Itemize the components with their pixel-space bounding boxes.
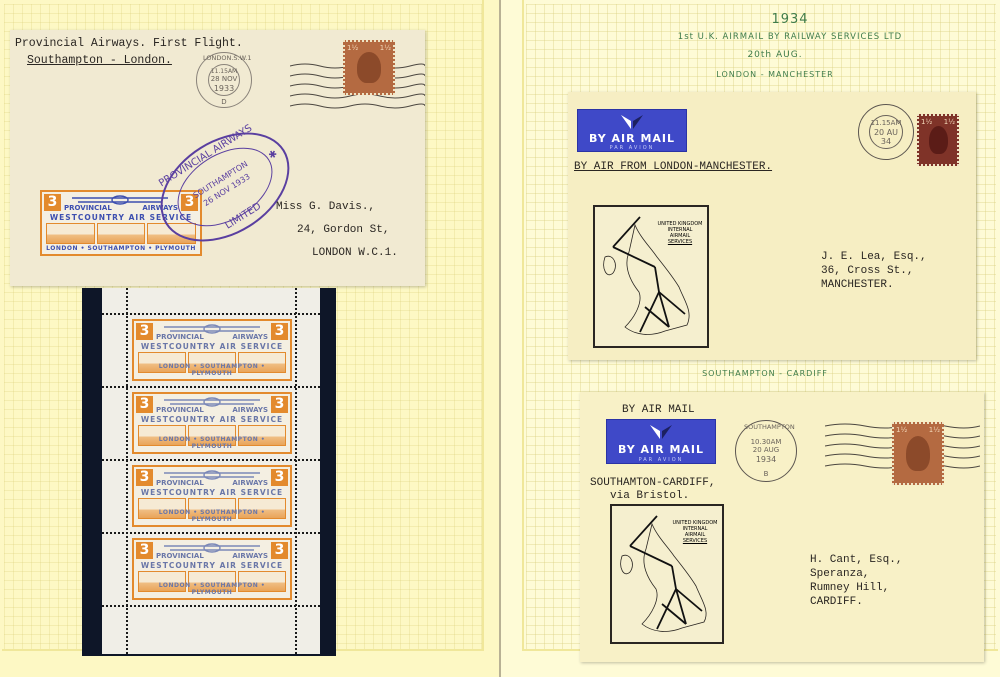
page-gutter bbox=[499, 0, 501, 677]
sheetlet-vignette: 33PROVINCIALAIRWAYSWESTCOUNTRY AIR SERVI… bbox=[132, 392, 292, 454]
stamp-value-left: 1½ bbox=[896, 426, 907, 434]
vignette-value-left: 3 bbox=[136, 542, 153, 559]
postmark-code: D bbox=[197, 98, 251, 107]
map-title-line: SERVICES bbox=[672, 538, 718, 544]
vignette-name-left: PROVINCIAL bbox=[64, 204, 112, 212]
uk-airmail-routes-map: UNITED KINGDOM INTERNAL AIRMAIL SERVICES bbox=[593, 205, 709, 348]
vignette-service: WESTCOUNTRY AIR SERVICE bbox=[138, 488, 286, 497]
postmark-time: 11.15AM bbox=[859, 119, 913, 128]
stamp-value-left: 1½ bbox=[347, 44, 358, 52]
cover-heading-line1: Provincial Airways. First Flight. bbox=[15, 37, 243, 50]
vignette-name-right: AIRWAYS bbox=[232, 333, 268, 341]
map-title-line: SERVICES bbox=[657, 239, 703, 245]
postmark-date: 28 NOV bbox=[197, 75, 251, 84]
uk-airmail-routes-map: UNITED KINGDOM INTERNAL AIRMAIL SERVICES bbox=[610, 504, 724, 644]
postmark-date: 20 AU bbox=[859, 128, 913, 137]
king-head-icon bbox=[929, 126, 948, 155]
airmail-label: BY AIR MAIL PAR AVION bbox=[577, 109, 687, 152]
address-line: CARDIFF. bbox=[810, 596, 863, 608]
cover-heading: BY AIR FROM LONDON-MANCHESTER. bbox=[574, 161, 772, 173]
vignette-service: WESTCOUNTRY AIR SERVICE bbox=[138, 342, 286, 351]
perforation bbox=[102, 313, 320, 315]
cover-heading-line1: SOUTHAMTON-CARDIFF, bbox=[590, 477, 715, 489]
perforation bbox=[102, 605, 320, 607]
stamp-value-left: 1½ bbox=[921, 118, 932, 126]
vignette-name-left: PROVINCIAL bbox=[156, 552, 204, 560]
vignette-name-left: PROVINCIAL bbox=[156, 406, 204, 414]
vignette-value-right: 3 bbox=[271, 323, 288, 340]
postmark-year: 34 bbox=[859, 137, 913, 146]
postmark-year: 1934 bbox=[736, 455, 796, 464]
address-line: H. Cant, Esq., bbox=[810, 554, 902, 566]
cover-southampton-cardiff[interactable]: BY AIR MAIL BY AIR MAIL PAR AVION SOUTHA… bbox=[580, 392, 984, 662]
map-title-line: INTERNAL AIRMAIL bbox=[657, 227, 703, 239]
postmark-code: B bbox=[736, 470, 796, 479]
vignette-sheetlet[interactable]: 33PROVINCIALAIRWAYSWESTCOUNTRY AIR SERVI… bbox=[102, 288, 320, 654]
vignette-value-left: 3 bbox=[136, 323, 153, 340]
king-head-icon bbox=[906, 436, 930, 471]
vignette-value-right: 3 bbox=[271, 542, 288, 559]
perforation bbox=[102, 459, 320, 461]
stamp-value-right: 1½ bbox=[944, 118, 955, 126]
postmark-southampton: SOUTHAMPTON 10.30AM 20 AUG 1934 B bbox=[735, 420, 797, 482]
vignette-route: LONDON • SOUTHAMPTON • PLYMOUTH bbox=[138, 582, 286, 596]
address-line: MANCHESTER. bbox=[821, 279, 894, 291]
postmark-year: 1933 bbox=[197, 84, 251, 93]
postmark-ring-text: SOUTHAMPTON bbox=[744, 423, 795, 431]
perforation bbox=[102, 532, 320, 534]
cover-heading-line2: via Bristol. bbox=[610, 490, 689, 502]
vignette-value-left: 3 bbox=[136, 469, 153, 486]
airmail-label-subtitle: PAR AVION bbox=[607, 457, 715, 463]
wings-icon bbox=[648, 423, 674, 441]
note-title: 1st U.K. AIRMAIL BY RAILWAY SERVICES LTD bbox=[660, 32, 920, 42]
vignette-service: WESTCOUNTRY AIR SERVICE bbox=[138, 415, 286, 424]
postmark-london-sw1: LONDON.S.W.1 11.15AM 28 NOV 1933 D bbox=[196, 52, 252, 108]
airmail-label: BY AIR MAIL PAR AVION bbox=[606, 419, 716, 464]
vignette-name-left: PROVINCIAL bbox=[156, 479, 204, 487]
cover-provincial-airways[interactable]: Provincial Airways. First Flight. Southa… bbox=[10, 30, 425, 286]
vignette-name-right: AIRWAYS bbox=[232, 552, 268, 560]
postmark-date: 20 AUG bbox=[736, 446, 796, 455]
perforation bbox=[126, 288, 128, 654]
vignette-name-left: PROVINCIAL bbox=[156, 333, 204, 341]
vignette-route: LONDON • SOUTHAMPTON • PLYMOUTH bbox=[46, 245, 196, 252]
sheetlet-vignette: 33PROVINCIALAIRWAYSWESTCOUNTRY AIR SERVI… bbox=[132, 538, 292, 600]
note-date: 20th AUG. bbox=[730, 50, 820, 60]
stamp-value-right: 1½ bbox=[929, 426, 940, 434]
vignette-value-right: 3 bbox=[271, 396, 288, 413]
stamp-value-right: 1½ bbox=[380, 44, 391, 52]
stamp-george-v-1-5d: 1½ 1½ bbox=[892, 422, 944, 485]
note-route-southampton-cardiff: SOUTHAMPTON - CARDIFF bbox=[690, 369, 840, 378]
address-line: J. E. Lea, Esq., bbox=[821, 251, 927, 263]
typed-by-air-mail: BY AIR MAIL bbox=[622, 404, 695, 416]
map-title-line: INTERNAL AIRMAIL bbox=[672, 526, 718, 538]
stamp-george-v-1-5d: 1½ 1½ bbox=[343, 40, 395, 95]
address-line: Miss G. Davis., bbox=[276, 201, 375, 213]
cover-heading-line2: Southampton - London. bbox=[27, 54, 172, 67]
address-line: 36, Cross St., bbox=[821, 265, 913, 277]
address-line: Rumney Hill, bbox=[810, 582, 889, 594]
vignette-route: LONDON • SOUTHAMPTON • PLYMOUTH bbox=[138, 436, 286, 450]
vignette-name-right: AIRWAYS bbox=[232, 406, 268, 414]
stamp-george-v-photogravure-1-5d: 1½ 1½ bbox=[917, 114, 959, 166]
airmail-label-title: BY AIR MAIL bbox=[578, 132, 686, 145]
perforation bbox=[295, 288, 297, 654]
address-line: LONDON W.C.1. bbox=[312, 247, 398, 259]
vignette-route: LONDON • SOUTHAMPTON • PLYMOUTH bbox=[138, 363, 286, 377]
postmark-cds: 11.15AM 20 AU 34 bbox=[858, 104, 914, 160]
perforation bbox=[102, 386, 320, 388]
sheetlet-vignette: 33PROVINCIALAIRWAYSWESTCOUNTRY AIR SERVI… bbox=[132, 465, 292, 527]
vignette-route: LONDON • SOUTHAMPTON • PLYMOUTH bbox=[138, 509, 286, 523]
airmail-label-subtitle: PAR AVION bbox=[578, 145, 686, 151]
address-line: 24, Gordon St, bbox=[297, 224, 389, 236]
note-route-london-manchester: LONDON - MANCHESTER bbox=[700, 70, 850, 79]
vignette-value-right: 3 bbox=[271, 469, 288, 486]
vignette-value-left: 3 bbox=[136, 396, 153, 413]
address-line: Speranza, bbox=[810, 568, 869, 580]
vignette-value-left: 3 bbox=[44, 194, 61, 211]
sheetlet-vignette: 33PROVINCIALAIRWAYSWESTCOUNTRY AIR SERVI… bbox=[132, 319, 292, 381]
postmark-ring-text: LONDON.S.W.1 bbox=[203, 54, 252, 62]
note-year: 1934 bbox=[700, 12, 880, 27]
airmail-label-title: BY AIR MAIL bbox=[607, 443, 715, 456]
vignette-service: WESTCOUNTRY AIR SERVICE bbox=[138, 561, 286, 570]
king-head-icon bbox=[357, 52, 381, 83]
wings-icon bbox=[619, 113, 645, 131]
cover-london-manchester[interactable]: BY AIR MAIL PAR AVION BY AIR FROM LONDON… bbox=[568, 92, 976, 360]
vignette-name-right: AIRWAYS bbox=[232, 479, 268, 487]
